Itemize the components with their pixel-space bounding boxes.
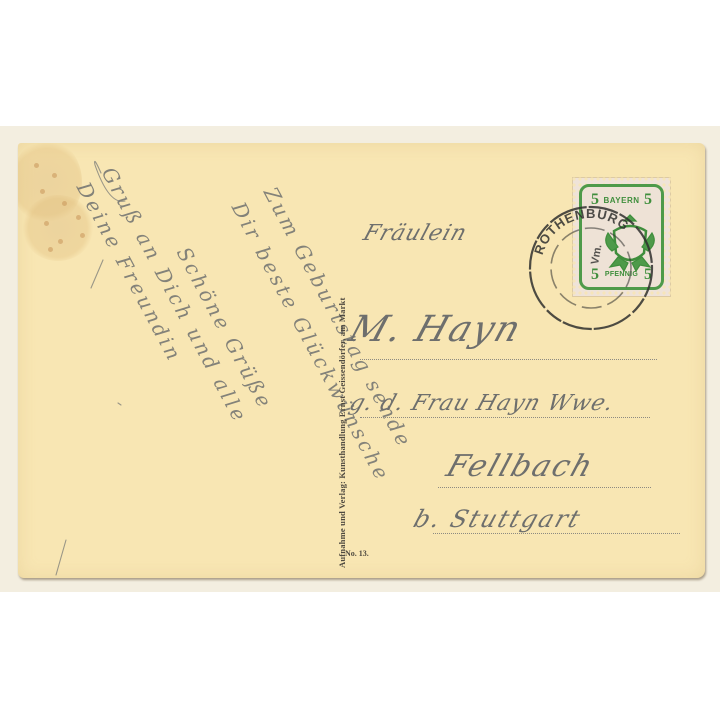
address-line-2 <box>360 417 650 418</box>
address-line-1 <box>360 359 657 360</box>
postmark: ROTHENBURG Vm. <box>526 203 656 333</box>
address-line-3 <box>438 487 651 488</box>
stain-dot <box>48 247 53 252</box>
stain-dot <box>58 239 63 244</box>
publisher-imprint: Aufnahme und Verlag: Kunsthandlung Ernst… <box>337 298 347 568</box>
stain-dot <box>44 221 49 226</box>
message-line: Deine Freundin <box>72 178 187 366</box>
stain-dot <box>76 215 81 220</box>
stain-dot <box>62 201 67 206</box>
postmark-town: ROTHENBURG <box>531 206 632 257</box>
stain-dot <box>34 163 39 168</box>
stain-dot <box>40 189 45 194</box>
stain-dot <box>80 233 85 238</box>
address-salutation: Fräulein <box>360 221 470 246</box>
address-line-4 <box>433 533 680 534</box>
address-region: b. Stuttgart <box>410 505 585 533</box>
message-line: Gruß an Dich und alle <box>97 163 253 427</box>
postcard: Zum Geburtstag sende Dir beste Glückwüns… <box>18 143 705 578</box>
address-care-of: g. d. Frau Hayn Wwe. <box>346 391 618 416</box>
address-city: Fellbach <box>442 449 599 484</box>
message-line: Schöne Grüße <box>172 243 278 414</box>
address-name: M. Hayn <box>344 309 527 350</box>
stain-dot <box>52 173 57 178</box>
card-number: No. 13. <box>345 549 369 558</box>
stain <box>22 195 94 261</box>
svg-text:ROTHENBURG: ROTHENBURG <box>531 206 632 257</box>
postmark-center: Vm. <box>589 244 604 266</box>
